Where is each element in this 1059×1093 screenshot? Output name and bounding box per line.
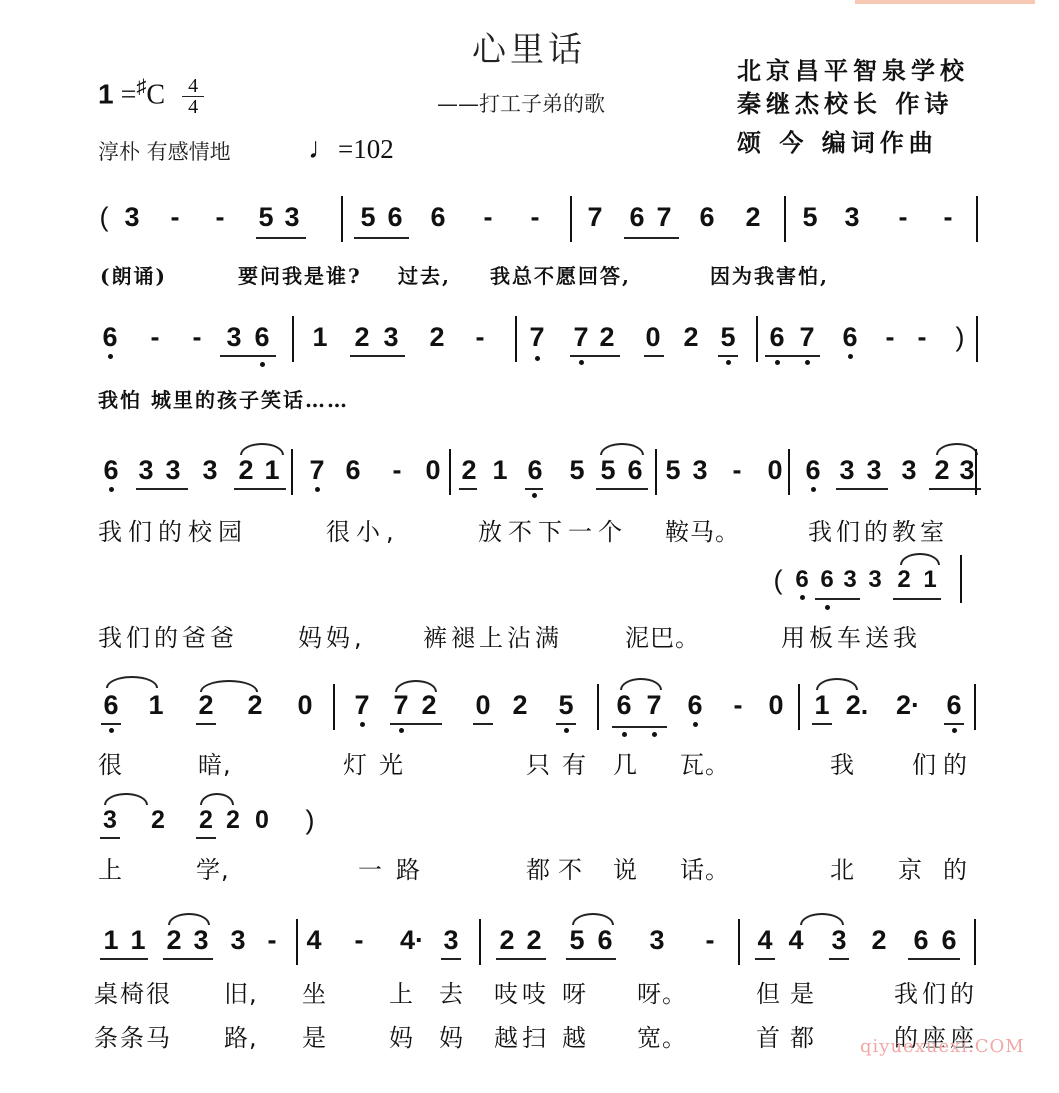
low-octave-dot bbox=[805, 360, 810, 365]
barline bbox=[798, 684, 800, 730]
lyric-segment: 北 bbox=[830, 850, 855, 885]
note: 3 bbox=[381, 322, 401, 352]
note: 7 bbox=[644, 690, 664, 720]
note: 5 bbox=[598, 455, 618, 485]
eighth-beam bbox=[196, 723, 216, 725]
note: 7 bbox=[527, 322, 547, 352]
barline bbox=[515, 316, 517, 362]
note: 6 bbox=[840, 322, 860, 352]
eighth-beam bbox=[354, 237, 409, 239]
lyric-segment: 妈妈, bbox=[298, 618, 366, 653]
note: 3 bbox=[136, 455, 156, 485]
slur bbox=[600, 443, 644, 455]
note-dash: - bbox=[470, 322, 490, 352]
slur bbox=[395, 680, 437, 692]
key-note: C bbox=[146, 79, 165, 110]
notation-row-1: ( 3 - - 5 3 5 6 6 - - 7 6 7 6 2 5 3 - - bbox=[0, 202, 1059, 262]
lyric-segment: 过去, bbox=[398, 260, 451, 289]
barline bbox=[975, 449, 977, 495]
eighth-beam bbox=[350, 355, 405, 357]
note: 6 bbox=[911, 925, 931, 955]
lyric-segment: 灯光 bbox=[343, 745, 415, 780]
lyric-segment: 们 bbox=[912, 745, 937, 780]
note: 1 bbox=[262, 455, 282, 485]
note-paren-close: ) bbox=[950, 322, 970, 352]
slur bbox=[106, 676, 158, 688]
low-octave-dot bbox=[260, 362, 265, 367]
note: 6 bbox=[803, 455, 823, 485]
note: 0 bbox=[252, 805, 272, 835]
note: 1 bbox=[310, 322, 330, 352]
low-octave-dot bbox=[108, 354, 113, 359]
note: 6 bbox=[685, 690, 705, 720]
note: 4 bbox=[755, 925, 775, 955]
barline bbox=[974, 684, 976, 730]
lyric-segment: 的 bbox=[943, 745, 968, 780]
lyric-segment: 说 bbox=[613, 850, 638, 885]
lyric-segment: 我们的校园 bbox=[98, 512, 248, 547]
note: 6 bbox=[817, 565, 837, 595]
key-signature: 1 =♯C 4 4 bbox=[98, 76, 204, 116]
note: 2 bbox=[597, 322, 617, 352]
note-dash: - bbox=[938, 202, 958, 232]
eighth-beam bbox=[893, 598, 941, 600]
note-paren-open: ( bbox=[94, 202, 114, 232]
low-octave-dot bbox=[532, 493, 537, 498]
note-dash: - bbox=[893, 202, 913, 232]
note: 4 bbox=[786, 925, 806, 955]
eighth-beam bbox=[196, 837, 216, 839]
lyric-segment: 瓦。 bbox=[680, 745, 730, 780]
notation-row-3: 6 3 3 3 2 1 7 6 - 0 2 1 6 5 5 6 5 3 - 0 … bbox=[0, 455, 1059, 515]
note: 2 bbox=[510, 690, 530, 720]
note: 2 bbox=[196, 805, 216, 835]
note: 3 bbox=[100, 805, 120, 835]
note: 5 bbox=[718, 322, 738, 352]
note: 3 bbox=[829, 925, 849, 955]
lyric-segment: 一路 bbox=[358, 850, 434, 885]
eighth-beam bbox=[624, 237, 679, 239]
eighth-beam bbox=[765, 355, 820, 357]
note: 3 bbox=[200, 455, 220, 485]
eighth-beam bbox=[812, 723, 832, 725]
eighth-beam bbox=[829, 958, 849, 960]
low-octave-dot bbox=[800, 595, 805, 600]
barline bbox=[974, 919, 976, 965]
note: 1 bbox=[146, 690, 166, 720]
note: 5 bbox=[256, 202, 276, 232]
lyric-segment: 我们的 bbox=[894, 974, 978, 1009]
note: 2 bbox=[869, 925, 889, 955]
note: 6 bbox=[627, 202, 647, 232]
lyric-segment: 越扫 bbox=[494, 1018, 550, 1053]
low-octave-dot bbox=[848, 354, 853, 359]
note: 2. bbox=[842, 690, 872, 720]
note: 3 bbox=[865, 565, 885, 595]
eighth-beam bbox=[612, 726, 667, 728]
note-dash: - bbox=[700, 925, 720, 955]
note: 6 bbox=[252, 322, 272, 352]
note: 6 bbox=[385, 202, 405, 232]
slur bbox=[200, 793, 234, 805]
note: 7 bbox=[391, 690, 411, 720]
note: 7 bbox=[585, 202, 605, 232]
note: 2 bbox=[894, 565, 914, 595]
note-dash: - bbox=[187, 322, 207, 352]
note: 3 bbox=[957, 455, 977, 485]
eighth-beam bbox=[441, 958, 461, 960]
note: 1 bbox=[128, 925, 148, 955]
lyric-segment: 鞍马。 bbox=[665, 512, 740, 547]
note-dash: - bbox=[727, 455, 747, 485]
barline bbox=[479, 919, 481, 965]
slur bbox=[800, 913, 844, 925]
note-dash: - bbox=[210, 202, 230, 232]
note: 2 bbox=[196, 690, 216, 720]
lyric-segment: (朗诵) bbox=[100, 260, 167, 289]
lyric-segment: 宽。 bbox=[637, 1018, 687, 1053]
watermark-top-strip bbox=[855, 0, 1035, 4]
note-dash: - bbox=[912, 322, 932, 352]
time-signature: 4 4 bbox=[182, 77, 204, 116]
barline bbox=[291, 449, 293, 495]
notation-row-5: 6 1 2 2 0 7 7 2 0 2 5 6 7 6 - 0 1 2. 2· … bbox=[0, 690, 1059, 750]
lyric-segment: 用板车送我 bbox=[781, 618, 921, 653]
note: 4· bbox=[397, 925, 427, 955]
note: 3 bbox=[228, 925, 248, 955]
note: 3 bbox=[163, 455, 183, 485]
note: 2 bbox=[497, 925, 517, 955]
low-octave-dot bbox=[564, 728, 569, 733]
note: 0 bbox=[766, 690, 786, 720]
note: 4 bbox=[304, 925, 324, 955]
lyric-segment: 的 bbox=[943, 850, 968, 885]
note: 6 bbox=[767, 322, 787, 352]
barline bbox=[597, 684, 599, 730]
lyric-segment: 越 bbox=[562, 1018, 587, 1053]
eighth-beam bbox=[566, 958, 616, 960]
lyric-segment: 京 bbox=[898, 850, 923, 885]
eighth-beam bbox=[100, 958, 148, 960]
note-paren-close: ) bbox=[300, 805, 320, 835]
lyric-segment: 裤褪上沾满 bbox=[423, 618, 563, 653]
eighth-beam bbox=[136, 488, 188, 490]
low-octave-dot bbox=[535, 356, 540, 361]
note-paren-open: ( bbox=[768, 565, 788, 595]
note: 5 bbox=[567, 925, 587, 955]
eighth-beam bbox=[525, 488, 543, 490]
barline bbox=[976, 316, 978, 362]
note: 0 bbox=[473, 690, 493, 720]
note: 7 bbox=[654, 202, 674, 232]
expression-marking: 淳朴 有感情地 bbox=[98, 136, 231, 166]
note: 6 bbox=[100, 322, 120, 352]
barline bbox=[784, 196, 786, 242]
note: 2· bbox=[893, 690, 923, 720]
note: 0 bbox=[295, 690, 315, 720]
eighth-beam bbox=[929, 488, 981, 490]
note-dash: - bbox=[165, 202, 185, 232]
note: 1 bbox=[101, 925, 121, 955]
note: 2 bbox=[148, 805, 168, 835]
note: 1 bbox=[490, 455, 510, 485]
lyric-segment: 是 bbox=[302, 1018, 327, 1053]
note: 5 bbox=[358, 202, 378, 232]
lyric-segment: 妈 bbox=[389, 1018, 414, 1053]
note: 6 bbox=[428, 202, 448, 232]
credits: 北京昌平智泉学校 秦继杰校长 作诗 颂 今 编词作曲 bbox=[737, 54, 969, 159]
note: 6 bbox=[625, 455, 645, 485]
notation-row-2: 6 - - 3 6 1 2 3 2 - 7 7 2 0 2 5 6 7 6 - … bbox=[0, 322, 1059, 382]
note: 6 bbox=[939, 925, 959, 955]
sixteenth-beam bbox=[644, 355, 664, 357]
low-octave-dot bbox=[952, 728, 957, 733]
barline bbox=[738, 919, 740, 965]
eighth-beam bbox=[496, 958, 546, 960]
note: 2 bbox=[164, 925, 184, 955]
lyric-segment: 桌椅很 bbox=[94, 974, 172, 1009]
lyric-segment: 因为我害怕, bbox=[710, 260, 829, 289]
slur bbox=[572, 913, 614, 925]
lyric-segment: 话。 bbox=[680, 850, 730, 885]
low-octave-dot bbox=[652, 732, 657, 737]
note: 3 bbox=[282, 202, 302, 232]
slur bbox=[104, 793, 148, 805]
note: 5 bbox=[800, 202, 820, 232]
note-dash: - bbox=[387, 455, 407, 485]
note: 5 bbox=[556, 690, 576, 720]
quarter-note-icon: ♩ bbox=[308, 132, 338, 165]
lyric-segment: 上 bbox=[98, 850, 123, 885]
note: 6 bbox=[614, 690, 634, 720]
tempo-marking: ♩=102 bbox=[308, 132, 394, 166]
eighth-beam bbox=[596, 488, 648, 490]
tempo-value: =102 bbox=[338, 134, 394, 164]
barline bbox=[449, 449, 451, 495]
note: 1 bbox=[812, 690, 832, 720]
note: 1 bbox=[920, 565, 940, 595]
eighth-beam bbox=[556, 723, 576, 725]
note: 2 bbox=[427, 322, 447, 352]
note: 2 bbox=[743, 202, 763, 232]
slur bbox=[936, 443, 978, 455]
note: 0 bbox=[423, 455, 443, 485]
eighth-beam bbox=[100, 837, 120, 839]
lyric-segment: 条条马 bbox=[94, 1018, 172, 1053]
note: 0 bbox=[765, 455, 785, 485]
low-octave-dot bbox=[693, 722, 698, 727]
lyric-segment: 我们的爸爸 bbox=[98, 618, 238, 653]
low-octave-dot bbox=[811, 487, 816, 492]
eighth-beam bbox=[908, 958, 960, 960]
low-octave-dot bbox=[726, 360, 731, 365]
slur bbox=[620, 678, 662, 690]
lyric-segment: 我总不愿回答, bbox=[490, 260, 631, 289]
note-dash: - bbox=[478, 202, 498, 232]
note: 3 bbox=[647, 925, 667, 955]
lyric-segment: 放不下一个 bbox=[478, 512, 628, 547]
note: 2 bbox=[524, 925, 544, 955]
lyric-segment: 呀。 bbox=[637, 974, 687, 1009]
note: 5 bbox=[567, 455, 587, 485]
lyric-segment: 坐 bbox=[302, 974, 327, 1009]
lyric-segment: 泥巴。 bbox=[625, 618, 700, 653]
eighth-beam bbox=[220, 355, 276, 357]
note-dash: - bbox=[728, 690, 748, 720]
lyric-segment: 学, bbox=[196, 850, 230, 885]
note: 3 bbox=[441, 925, 461, 955]
eighth-beam bbox=[234, 488, 286, 490]
eighth-beam bbox=[755, 958, 775, 960]
note: 3 bbox=[899, 455, 919, 485]
low-octave-dot bbox=[109, 728, 114, 733]
note: 3 bbox=[842, 202, 862, 232]
low-octave-dot bbox=[775, 360, 780, 365]
note: 6 bbox=[101, 455, 121, 485]
lyric-segment: 首都 bbox=[756, 1018, 824, 1053]
note: 3 bbox=[122, 202, 142, 232]
lyric-segment: 去 bbox=[439, 974, 464, 1009]
barline bbox=[788, 449, 790, 495]
lyric-recitation-2: 我怕 城里的孩子笑话…… bbox=[98, 384, 349, 413]
barline bbox=[756, 316, 758, 362]
low-octave-dot bbox=[315, 487, 320, 492]
eighth-beam bbox=[256, 237, 306, 239]
eighth-beam bbox=[815, 598, 860, 600]
lyric-segment: 吱吱 bbox=[494, 974, 550, 1009]
note: 6 bbox=[595, 925, 615, 955]
note-dash: - bbox=[145, 322, 165, 352]
watermark: qiyuexuexi.COM bbox=[860, 1036, 1025, 1057]
lyric-segment: 我们的教室 bbox=[808, 512, 948, 547]
song-title: 心里话 bbox=[472, 22, 586, 71]
slur bbox=[200, 680, 258, 692]
note: 2 bbox=[681, 322, 701, 352]
note: 2 bbox=[245, 690, 265, 720]
low-octave-dot bbox=[399, 728, 404, 733]
eighth-beam bbox=[390, 723, 442, 725]
lyric-segment: 很小, bbox=[326, 512, 400, 547]
lyric-segment: 妈 bbox=[439, 1018, 464, 1053]
slur bbox=[816, 678, 858, 690]
lyric-segment: 旧, bbox=[224, 974, 258, 1009]
slur bbox=[900, 553, 940, 565]
note: 5 bbox=[663, 455, 683, 485]
slur bbox=[168, 913, 210, 925]
low-octave-dot bbox=[360, 722, 365, 727]
note: 2 bbox=[459, 455, 479, 485]
lyric-segment: 很 bbox=[98, 745, 123, 780]
lyric-segment: 暗, bbox=[198, 745, 232, 780]
note: 6 bbox=[343, 455, 363, 485]
note-dash: - bbox=[525, 202, 545, 232]
lyric-segment: 都不 bbox=[526, 850, 590, 885]
key-equals: = bbox=[121, 79, 137, 110]
note: 3 bbox=[840, 565, 860, 595]
note: 2 bbox=[223, 805, 243, 835]
note: 7 bbox=[571, 322, 591, 352]
eighth-beam bbox=[836, 488, 888, 490]
lyric-segment: 我 bbox=[830, 745, 855, 780]
note-dash: - bbox=[880, 322, 900, 352]
note: 6 bbox=[792, 565, 812, 595]
eighth-beam bbox=[101, 723, 121, 725]
note: 2 bbox=[352, 322, 372, 352]
credit-composer: 颂 今 编词作曲 bbox=[737, 126, 969, 159]
note: 3 bbox=[837, 455, 857, 485]
note: 0 bbox=[643, 322, 663, 352]
note: 7 bbox=[307, 455, 327, 485]
note: 2 bbox=[932, 455, 952, 485]
lyric-segment: 只有 bbox=[526, 745, 598, 780]
barline bbox=[960, 555, 962, 603]
eighth-beam bbox=[570, 355, 620, 357]
note: 7 bbox=[352, 690, 372, 720]
note: 3 bbox=[224, 322, 244, 352]
lyric-segment: 要问我是谁? bbox=[238, 260, 362, 289]
notation-row-4: ( 6 6 3 3 2 1 bbox=[0, 565, 1059, 625]
note-dash: - bbox=[349, 925, 369, 955]
barline bbox=[570, 196, 572, 242]
slur bbox=[240, 443, 284, 455]
note: 6 bbox=[525, 455, 545, 485]
barline bbox=[292, 316, 294, 362]
credit-school: 北京昌平智泉学校 bbox=[737, 54, 969, 87]
note: 7 bbox=[797, 322, 817, 352]
barline bbox=[296, 919, 298, 965]
note: 2 bbox=[419, 690, 439, 720]
eighth-beam bbox=[944, 723, 964, 725]
time-signature-top: 4 bbox=[188, 77, 198, 95]
low-octave-dot bbox=[622, 732, 627, 737]
lyric-segment: 上 bbox=[389, 974, 414, 1009]
eighth-beam bbox=[163, 958, 213, 960]
barline bbox=[341, 196, 343, 242]
eighth-beam bbox=[459, 488, 477, 490]
note: 3 bbox=[690, 455, 710, 485]
lyric-segment: 呀 bbox=[562, 974, 587, 1009]
note: 3 bbox=[864, 455, 884, 485]
barline bbox=[655, 449, 657, 495]
lyric-segment: 路, bbox=[224, 1018, 258, 1053]
eighth-beam bbox=[473, 723, 493, 725]
low-octave-dot bbox=[825, 605, 830, 610]
note: 6 bbox=[944, 690, 964, 720]
eighth-beam bbox=[718, 355, 738, 357]
note: 6 bbox=[697, 202, 717, 232]
note: 3 bbox=[191, 925, 211, 955]
note-dash: - bbox=[262, 925, 282, 955]
low-octave-dot bbox=[109, 487, 114, 492]
key-degree: 1 bbox=[98, 78, 114, 109]
note: 6 bbox=[101, 690, 121, 720]
time-signature-bottom: 4 bbox=[188, 98, 198, 116]
barline bbox=[976, 196, 978, 242]
credit-lyricist: 秦继杰校长 作诗 bbox=[737, 87, 969, 120]
lyric-segment: 但是 bbox=[756, 974, 824, 1009]
note: 2 bbox=[236, 455, 256, 485]
barline bbox=[333, 684, 335, 730]
low-octave-dot bbox=[579, 360, 584, 365]
song-subtitle: ——打工子弟的歌 bbox=[437, 88, 605, 118]
lyric-segment: 几 bbox=[613, 745, 638, 780]
sharp-icon: ♯ bbox=[136, 76, 146, 98]
